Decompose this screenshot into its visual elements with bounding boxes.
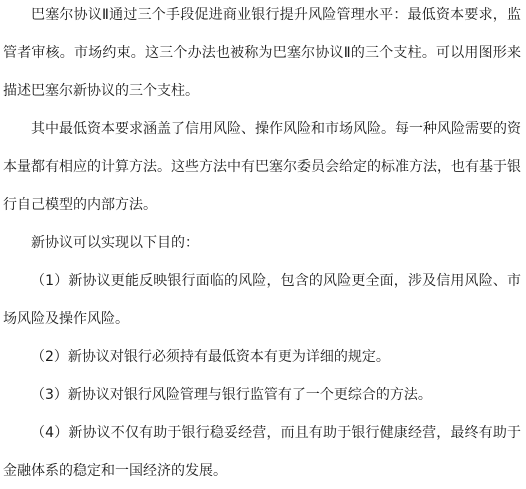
paragraph-goal-1: （1）新协议更能反映银行面临的风险，包含的风险更全面，涉及信用风险、市场风险及操… [3,262,521,338]
paragraph-goal-2: （2）新协议对银行必须持有最低资本有更为详细的规定。 [3,338,521,376]
paragraph-minimum-capital: 其中最低资本要求涵盖了信用风险、操作风险和市场风险。每一种风险需要的资本量都有相… [3,110,521,224]
paragraph-basel-pillars: 巴塞尔协议Ⅱ通过三个手段促进商业银行提升风险管理水平：最低资本要求，监管者审核。… [3,0,521,110]
paragraph-goal-4: （4）新协议不仅有助于银行稳妥经营，而且有助于银行健康经营，最终有助于金融体系的… [3,414,521,489]
paragraph-goal-3: （3）新协议对银行风险管理与银行监管有了一个更综合的方法。 [3,376,521,414]
paragraph-goals-intro: 新协议可以实现以下目的： [3,224,521,262]
document-body: 巴塞尔协议Ⅱ通过三个手段促进商业银行提升风险管理水平：最低资本要求，监管者审核。… [0,0,526,489]
